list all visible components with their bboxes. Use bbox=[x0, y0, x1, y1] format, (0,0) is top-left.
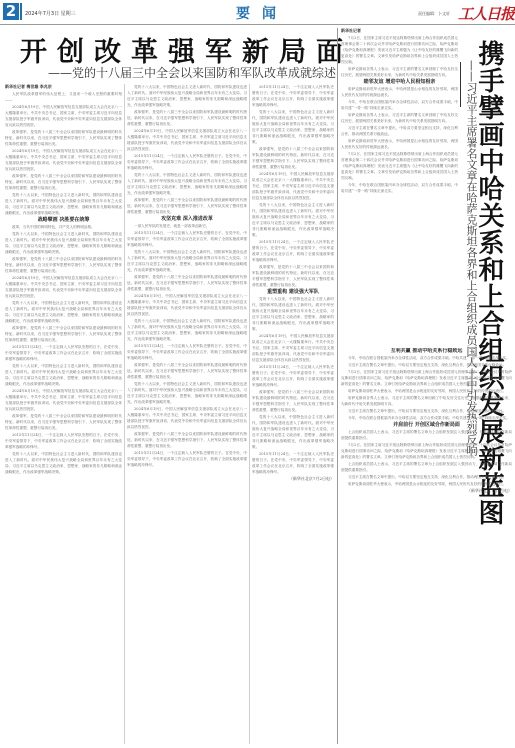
paragraph: 今年，中哈在联合国框架内举办全球性活动，双方合作成果丰硕。中哈共建“一带一路”持… bbox=[341, 415, 512, 421]
paragraph: 改革强军，是党的十八届三中全会以来国防和军队建设最鲜明的时代特征。新时代以来，在… bbox=[127, 362, 247, 380]
page-number: 2 bbox=[3, 3, 19, 20]
paragraph: 哈萨克斯坦前驻华大使表示，中哈两国是山水相连的友好邻邦，两国人民世代友好的传统源… bbox=[341, 388, 512, 394]
paragraph: 党的十八大以来，中国特色社会主义进入新时代，国防和军队建设也进入了新时代。面对中… bbox=[127, 381, 247, 405]
section-heading: 并肩前行 开创区域合作新局面 bbox=[341, 422, 512, 428]
paragraph: 2024年6月19日，中国人民解放军信息支援部队成立大会在北京八一大楼隆重举行。… bbox=[5, 148, 122, 172]
right-article-column-bottom: 互利共赢 推动中哈关系行稳致远 今年，中哈在联合国框架内举办全球性活动，双方合作… bbox=[341, 348, 512, 744]
paragraph: 2015年11月24日，一个注定载入人民军队史册的日子。在党中央、中央军委领导下… bbox=[127, 343, 247, 361]
paragraph: 2024年6月19日，中国人民解放军信息支援部队成立大会在北京八一大楼隆重举行。… bbox=[252, 171, 334, 201]
paragraph: 2024年6月19日，中国人民解放军信息支援部队成立大会在北京八一大楼隆重举行。… bbox=[5, 275, 122, 299]
paragraph: 改革强军，是党的十八届三中全会以来国防和军队建设最鲜明的时代特征。新时代以来，在… bbox=[5, 256, 122, 274]
byline: 新华社记者 梅世雄 李兆宗 bbox=[5, 84, 122, 90]
paragraph: 2015年11月24日，一个注定载入人民军队史册的日子。在党中央、中央军委领导下… bbox=[5, 344, 122, 362]
paragraph: 改革强军，是党的十八届三中全会以来国防和军队建设最鲜明的时代特征。新时代以来，在… bbox=[5, 325, 122, 343]
main-article-column-1: 新华社记者 梅世雄 李兆宗 人民军队改革强军的伟大征程上，又迎来一个载入史册的重… bbox=[5, 84, 122, 744]
paragraph: 今年，中哈在联合国框架内举办全球性活动，双方合作成果丰硕。中哈共建“一带一路”持… bbox=[341, 355, 512, 361]
paragraph: 改革强军，是党的十八届三中全会以来国防和军队建设最鲜明的时代特征。新时代以来，在… bbox=[252, 146, 334, 170]
paragraph: 2024年6月19日，中国人民解放军信息支援部队成立大会在北京八一大楼隆重举行。… bbox=[252, 333, 334, 363]
column-divider bbox=[249, 84, 250, 744]
paragraph: 习近平主席在署名文章中提出，中哈双方要坚定相互支持，深化互利合作，推动两国关系行… bbox=[341, 408, 512, 414]
subtitle-rule bbox=[460, 62, 461, 107]
paragraph: 2015年11月24日，一个注定载入人民军队史册的日子。在党中央、中央军委领导下… bbox=[5, 432, 122, 450]
paragraph: 2024年6月19日，中国人民解放军信息支援部队成立大会在北京八一大楼隆重举行。… bbox=[5, 388, 122, 412]
paragraph: 党的十八大以来，中国特色社会主义进入新时代，国防和军队建设也进入了新时代。面对中… bbox=[5, 300, 122, 324]
paragraph: 今年，中哈在联合国框架内举办全球性活动，双方合作成果丰硕。中哈共建“一带一路”持… bbox=[341, 99, 458, 111]
section-heading: 重塑重构 建设强大军队 bbox=[252, 289, 334, 295]
paragraph: 党的十八大以来，中国特色社会主义进入新时代，国防和军队建设也进入了新时代。面对中… bbox=[127, 318, 247, 342]
paragraph: 哈萨克斯坦各界人士表示，习近平主席的署名文章回顾了中哈友好交往历史，展望两国关系… bbox=[341, 395, 512, 407]
paragraph: 人民军队改革强军的伟大征程上，又迎来一个载入史册的重要时刻—— bbox=[5, 91, 122, 103]
paragraph: 改革强军，是党的十八届三中全会以来国防和军队建设最鲜明的时代特征。新时代以来，在… bbox=[252, 389, 334, 413]
paragraph: 2024年6月19日，中国人民解放军信息支援部队成立大会在北京八一大楼隆重举行。… bbox=[127, 128, 247, 152]
paragraph: 改革强军，是党的十八届三中全会以来国防和军队建设最鲜明的时代特征。新时代以来，在… bbox=[252, 264, 334, 288]
paragraph: 党的十八大以来，中国特色社会主义进入新时代，国防和军队建设也进入了新时代。面对中… bbox=[127, 249, 247, 273]
paragraph: 2024年6月19日，中国人民解放军信息支援部队成立大会在北京八一大楼隆重举行。… bbox=[5, 104, 122, 128]
paragraph: 哈萨克斯坦前驻华大使表示，中哈两国是山水相连的友好邻邦，两国人民世代友好的传统源… bbox=[341, 138, 458, 150]
paragraph: 党的十八大以来，中国特色社会主义进入新时代，国防和军队建设也进入了新时代。面对中… bbox=[127, 172, 247, 196]
paragraph: 党的十八大以来，中国特色社会主义进入新时代，国防和军队建设也进入了新时代。面对中… bbox=[127, 84, 247, 108]
paragraph: 7月2日，在国家主席习近平抵达阿斯塔纳出席上海合作组织成员国元首理事会第二十四次… bbox=[341, 35, 458, 65]
paragraph: 党的十八大以来，中国特色社会主义进入新时代，国防和军队建设也进入了新时代。面对中… bbox=[252, 202, 334, 238]
column-divider bbox=[124, 84, 125, 744]
editor-credit: 责任编辑：卜文轩 bbox=[418, 11, 450, 17]
paragraph: 今年，中哈在联合国框架内举办全球性活动，双方合作成果丰硕。中哈共建“一带一路”持… bbox=[341, 182, 458, 194]
newspaper-logo: 工人日报 bbox=[458, 3, 514, 24]
paragraph: 改革强军，是党的十八届三中全会以来国防和军队建设最鲜明的时代特征。新时代以来，在… bbox=[5, 129, 122, 147]
paragraph: 哈萨克斯坦各界人士表示，习近平主席的署名文章回顾了中哈友好交往历史，展望两国关系… bbox=[341, 66, 458, 78]
paragraph: 哈萨克斯坦各界人士表示，习近平主席的署名文章回顾了中哈友好交往历史，展望两国关系… bbox=[341, 112, 458, 124]
paragraph: 党的十八大以来，中国特色社会主义进入新时代，国防和军队建设也进入了新时代。面对中… bbox=[5, 192, 122, 216]
page-number-bar bbox=[20, 3, 22, 20]
section-heading: 战略擘画 决胜要在统筹 bbox=[5, 217, 122, 223]
section-heading: 攻坚克难 深入推进改革 bbox=[127, 216, 247, 222]
paragraph: 党的十八大以来，中国特色社会主义进入新时代，国防和军队建设也进入了新时代。面对中… bbox=[252, 109, 334, 145]
main-article-column-2: 党的十八大以来，中国特色社会主义进入新时代，国防和军队建设也进入了新时代。面对中… bbox=[127, 84, 247, 744]
paragraph: 2024年6月19日，中国人民解放军信息支援部队成立大会在北京八一大楼隆重举行。… bbox=[127, 406, 247, 430]
paragraph: 2015年11月24日，一个注定载入人民军队史册的日子。在党中央、中央军委领导下… bbox=[127, 153, 247, 171]
main-article-column-3: 2015年11月24日，一个注定载入人民军队史册的日子。在党中央、中央军委领导下… bbox=[252, 84, 334, 744]
paragraph: 7月2日，在国家主席习近平抵达阿斯塔纳出席上海合作组织成员国元首理事会第二十四次… bbox=[341, 369, 512, 387]
paragraph: 一部人民军队的发展史，就是一部改革创新史。 bbox=[127, 223, 247, 229]
section-heading: 睦邻友谊 增进中哈人民相知相亲 bbox=[341, 79, 458, 85]
right-article-column-top: 新华社记者 7月2日，在国家主席习近平抵达阿斯塔纳出席上海合作组织成员国元首理事… bbox=[341, 28, 458, 348]
paragraph: 上合组织成员国人士表示，习近平主席的署名文章为上合组织发展注入强劲动力，为开创区… bbox=[341, 461, 512, 473]
paragraph: 习近平主席在署名文章中提出，中哈双方要坚定相互支持，深化互利合作，推动两国关系行… bbox=[341, 125, 458, 137]
paragraph: 党的十八大以来，中国特色社会主义进入新时代，国防和军队建设也进入了新时代。面对中… bbox=[5, 231, 122, 255]
paragraph: 2015年11月24日，一个注定载入人民军队史册的日子。在党中央、中央军委领导下… bbox=[252, 451, 334, 475]
paragraph: 2015年11月24日，一个注定载入人民军队史册的日子。在党中央、中央军委领导下… bbox=[252, 239, 334, 263]
paragraph: 2015年11月24日，一个注定载入人民军队史册的日子。在党中央、中央军委领导下… bbox=[252, 84, 334, 108]
dateline-endnote: （新华社北京7月2日电） bbox=[252, 476, 334, 482]
paragraph: 改革，当代中国的鲜明特色，共产党人的鲜明品格。 bbox=[5, 224, 122, 230]
dateline-endnote: （新华社北京7月2日电） bbox=[341, 488, 512, 494]
paragraph: 改革强军，是党的十八届三中全会以来国防和军队建设最鲜明的时代特征。新时代以来，在… bbox=[127, 109, 247, 127]
paragraph: 2015年11月24日，一个注定载入人民军队史册的日子。在党中央、中央军委领导下… bbox=[127, 450, 247, 468]
masthead: 2 2024年7月3日 星期三 要闻 责任编辑：卜文轩 工人日报 bbox=[0, 0, 515, 25]
paragraph: 2024年6月19日，中国人民解放军信息支援部队成立大会在北京八一大楼隆重举行。… bbox=[127, 293, 247, 317]
paragraph: 改革强军，是党的十八届三中全会以来国防和军队建设最鲜明的时代特征。新时代以来，在… bbox=[5, 413, 122, 431]
paragraph: 改革强军，是党的十八届三中全会以来国防和军队建设最鲜明的时代特征。新时代以来，在… bbox=[5, 173, 122, 191]
paragraph: 党的十八大以来，中国特色社会主义进入新时代，国防和军队建设也进入了新时代。面对中… bbox=[5, 363, 122, 387]
paragraph: 7月2日，在国家主席习近平抵达阿斯塔纳出席上海合作组织成员国元首理事会第二十四次… bbox=[341, 442, 512, 460]
paragraph: 党的十八大以来，中国特色社会主义进入新时代，国防和军队建设也进入了新时代。面对中… bbox=[252, 414, 334, 450]
byline: 新华社记者 bbox=[341, 28, 458, 34]
paragraph: 党的十八大以来，中国特色社会主义进入新时代，国防和军队建设也进入了新时代。面对中… bbox=[252, 296, 334, 332]
issue-date: 2024年7月3日 星期三 bbox=[25, 10, 76, 17]
main-subtitle: ——党的十八届三中全会以来国防和军队改革成就综述 bbox=[48, 64, 336, 81]
paragraph: 改革强军，是党的十八届三中全会以来国防和军队建设最鲜明的时代特征。新时代以来，在… bbox=[127, 274, 247, 292]
paragraph: 改革强军，是党的十八届三中全会以来国防和军队建设最鲜明的时代特征。新时代以来，在… bbox=[127, 431, 247, 449]
paragraph: 习近平主席在署名文章中提出，中哈双方要坚定相互支持，深化互利合作，推动两国关系行… bbox=[341, 362, 512, 368]
paragraph: 习近平主席在署名文章中提出，中哈双方要坚定相互支持，深化互利合作，推动两国关系行… bbox=[341, 474, 512, 480]
paragraph: 上合组织成员国人士表示，习近平主席的署名文章为上合组织发展注入强劲动力，为开创区… bbox=[341, 429, 512, 441]
paragraph: 2015年11月24日，一个注定载入人民军队史册的日子。在党中央、中央军委领导下… bbox=[252, 364, 334, 388]
section-heading: 互利共赢 推动中哈关系行稳致远 bbox=[341, 348, 512, 354]
section-title: 要闻 bbox=[236, 3, 288, 23]
paragraph: 哈萨克斯坦前驻华大使表示，中哈两国是山水相连的友好邻邦，两国人民世代友好的传统源… bbox=[341, 86, 458, 98]
paragraph: 7月2日，在国家主席习近平抵达阿斯塔纳出席上海合作组织成员国元首理事会第二十四次… bbox=[341, 151, 458, 181]
paragraph: 党的十八大以来，中国特色社会主义进入新时代，国防和军队建设也进入了新时代。面对中… bbox=[5, 451, 122, 475]
article-divider bbox=[337, 28, 338, 744]
paragraph: 改革强军，是党的十八届三中全会以来国防和军队建设最鲜明的时代特征。新时代以来，在… bbox=[127, 197, 247, 215]
paragraph: 哈萨克斯坦前驻华大使表示，中哈两国是山水相连的友好邻邦，两国人民世代友好的传统源… bbox=[341, 481, 512, 487]
paragraph: 2015年11月24日，一个注定载入人民军队史册的日子。在党中央、中央军委领导下… bbox=[127, 230, 247, 248]
